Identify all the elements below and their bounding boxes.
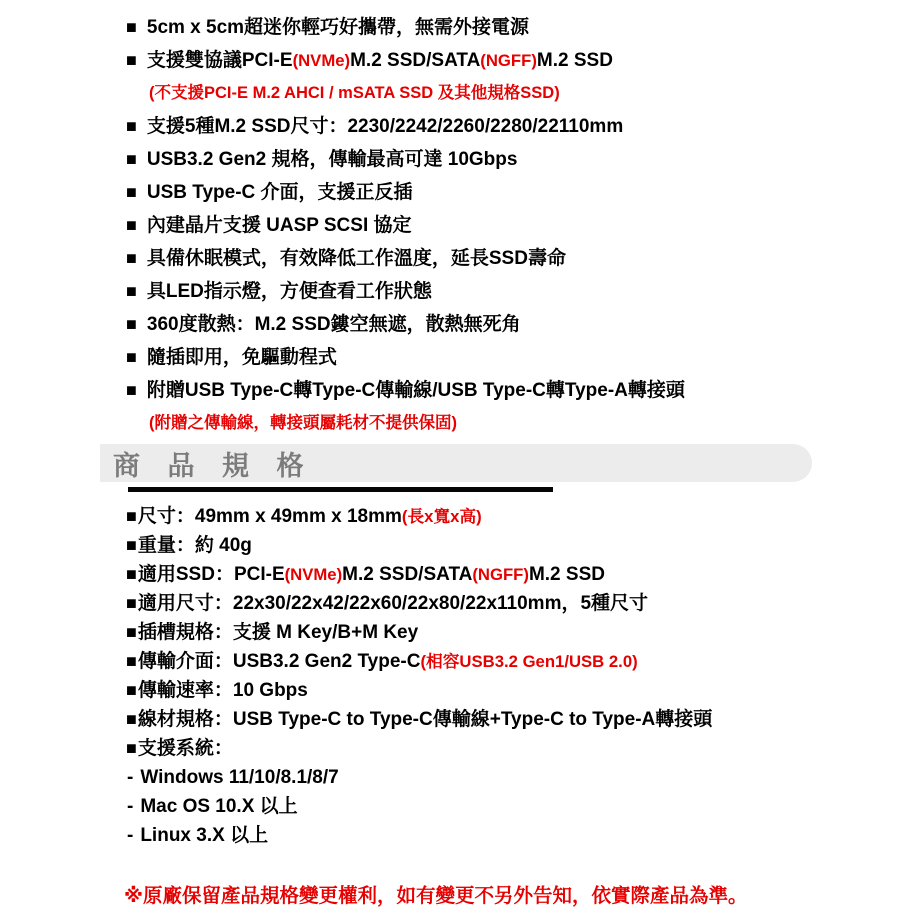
text: 適用SSD：PCI-E — [138, 564, 285, 585]
spec-item: ■傳輸介面：USB3.2 Gen2 Type-C(相容USB3.2 Gen1/U… — [126, 647, 920, 676]
spec-item: ■插槽規格：支援 M Key/B+M Key — [126, 618, 920, 647]
text: 內建晶片支援 UASP SCSI 協定 — [147, 215, 412, 236]
text: 重量：約 40g — [138, 535, 252, 556]
section-title: 商 品 規 格 — [100, 444, 314, 483]
bullet-square-icon: ■ — [126, 341, 137, 374]
text: 尺寸：49mm x 49mm x 18mm — [138, 506, 402, 527]
bullet-square-icon: ■ — [126, 44, 137, 77]
feature-item: ■內建晶片支援 UASP SCSI 協定 — [126, 209, 920, 242]
text: 適用尺寸：22x30/22x42/22x60/22x80/22x110mm，5種… — [138, 593, 648, 614]
feature-item: ■附贈USB Type-C轉Type-C傳輸線/USB Type-C轉Type-… — [126, 374, 920, 407]
feature-note: (附贈之傳輸線，轉接頭屬耗材不提供保固) — [126, 407, 920, 440]
text: Linux 3.X 以上 — [140, 825, 268, 846]
feature-item: ■USB Type-C 介面，支援正反插 — [126, 176, 920, 209]
text: Windows 11/10/8.1/8/7 — [140, 767, 338, 788]
spec-item: ■適用尺寸：22x30/22x42/22x60/22x80/22x110mm，5… — [126, 589, 920, 618]
highlight-text: (附贈之傳輸線，轉接頭屬耗材不提供保固) — [149, 414, 457, 432]
text: Mac OS 10.X 以上 — [140, 796, 297, 817]
product-spec-sheet: ■5cm x 5cm超迷你輕巧好攜帶，無需外接電源■支援雙協議PCI-E(NVM… — [0, 0, 920, 920]
highlight-text: (不支援PCI-E M.2 AHCI / mSATA SSD 及其他規格SSD) — [149, 84, 560, 102]
text: M.2 SSD/SATA — [350, 50, 480, 71]
bullet-square-icon: ■ — [126, 176, 137, 209]
os-list-item: -Linux 3.X 以上 — [126, 821, 920, 850]
bullet-square-icon: ■ — [126, 209, 137, 242]
os-list-item: -Mac OS 10.X 以上 — [126, 792, 920, 821]
dash-icon: - — [127, 763, 133, 792]
text: M.2 SSD — [537, 50, 613, 71]
text: 支援雙協議PCI-E — [147, 50, 293, 71]
text: 5cm x 5cm超迷你輕巧好攜帶，無需外接電源 — [147, 17, 529, 38]
text: 線材規格：USB Type-C to Type-C傳輸線+Type-C to T… — [138, 709, 712, 730]
highlight-text: (NVMe) — [293, 51, 351, 70]
feature-note: (不支援PCI-E M.2 AHCI / mSATA SSD 及其他規格SSD) — [126, 77, 920, 110]
bullet-square-icon: ■ — [126, 705, 137, 734]
bullet-square-icon: ■ — [126, 676, 137, 705]
text: 具備休眠模式，有效降低工作溫度，延長SSD壽命 — [147, 248, 566, 269]
bullet-square-icon: ■ — [126, 308, 137, 341]
text: 插槽規格：支援 M Key/B+M Key — [138, 622, 418, 643]
os-list-item: -Windows 11/10/8.1/8/7 — [126, 763, 920, 792]
text: USB3.2 Gen2 規格，傳輸最高可達 10Gbps — [147, 149, 518, 170]
text: 支援5種M.2 SSD尺寸：2230/2242/2260/2280/22110m… — [147, 116, 623, 137]
text: 具LED指示燈，方便查看工作狀態 — [147, 281, 432, 302]
text: 附贈USB Type-C轉Type-C傳輸線/USB Type-C轉Type-A… — [147, 380, 685, 401]
spec-item: ■支援系統： — [126, 734, 920, 763]
section-header-bar: 商 品 規 格 — [100, 444, 812, 482]
bullet-square-icon: ■ — [126, 531, 137, 560]
text: 傳輸介面：USB3.2 Gen2 Type-C — [138, 651, 421, 672]
bullet-square-icon: ■ — [126, 275, 137, 308]
text: USB Type-C 介面，支援正反插 — [147, 182, 413, 203]
bullet-square-icon: ■ — [126, 589, 137, 618]
feature-item: ■支援雙協議PCI-E(NVMe)M.2 SSD/SATA(NGFF)M.2 S… — [126, 44, 920, 77]
bullet-square-icon: ■ — [126, 618, 137, 647]
bullet-square-icon: ■ — [126, 734, 137, 763]
spec-item: ■適用SSD：PCI-E(NVMe)M.2 SSD/SATA(NGFF)M.2 … — [126, 560, 920, 589]
feature-item: ■USB3.2 Gen2 規格，傳輸最高可達 10Gbps — [126, 143, 920, 176]
dash-icon: - — [127, 821, 133, 850]
spec-item: ■重量：約 40g — [126, 531, 920, 560]
bullet-square-icon: ■ — [126, 502, 137, 531]
spec-item: ■尺寸：49mm x 49mm x 18mm(長x寬x高) — [126, 502, 920, 531]
highlight-text: (相容USB3.2 Gen1/USB 2.0) — [420, 652, 637, 671]
spec-list: ■尺寸：49mm x 49mm x 18mm(長x寬x高)■重量：約 40g■適… — [0, 492, 920, 850]
feature-item: ■隨插即用，免驅動程式 — [126, 341, 920, 374]
highlight-text: (NVMe) — [285, 565, 343, 584]
bullet-square-icon: ■ — [126, 374, 137, 407]
bullet-square-icon: ■ — [126, 143, 137, 176]
text: M.2 SSD/SATA — [342, 564, 472, 585]
feature-item: ■具LED指示燈，方便查看工作狀態 — [126, 275, 920, 308]
bullet-square-icon: ■ — [126, 11, 137, 44]
bullet-square-icon: ■ — [126, 647, 137, 676]
dash-icon: - — [127, 792, 133, 821]
highlight-text: (NGFF) — [480, 51, 537, 70]
bullet-square-icon: ■ — [126, 110, 137, 143]
feature-item: ■具備休眠模式，有效降低工作溫度，延長SSD壽命 — [126, 242, 920, 275]
footer-disclaimer: ※原廠保留產品規格變更權利，如有變更不另外告知，依實際產品為準。 — [124, 880, 920, 908]
text: 隨插即用，免驅動程式 — [147, 347, 337, 368]
text: M.2 SSD — [529, 564, 605, 585]
feature-list: ■5cm x 5cm超迷你輕巧好攜帶，無需外接電源■支援雙協議PCI-E(NVM… — [0, 0, 920, 440]
feature-item: ■5cm x 5cm超迷你輕巧好攜帶，無需外接電源 — [126, 11, 920, 44]
text: 支援系統： — [138, 738, 233, 759]
highlight-text: (NGFF) — [472, 565, 529, 584]
spec-item: ■線材規格：USB Type-C to Type-C傳輸線+Type-C to … — [126, 705, 920, 734]
highlight-text: (長x寬x高) — [402, 507, 482, 526]
spec-item: ■傳輸速率：10 Gbps — [126, 676, 920, 705]
text: 傳輸速率：10 Gbps — [138, 680, 308, 701]
feature-item: ■360度散熱：M.2 SSD鏤空無遮，散熱無死角 — [126, 308, 920, 341]
bullet-square-icon: ■ — [126, 242, 137, 275]
bullet-square-icon: ■ — [126, 560, 137, 589]
feature-item: ■支援5種M.2 SSD尺寸：2230/2242/2260/2280/22110… — [126, 110, 920, 143]
text: 360度散熱：M.2 SSD鏤空無遮，散熱無死角 — [147, 314, 521, 335]
